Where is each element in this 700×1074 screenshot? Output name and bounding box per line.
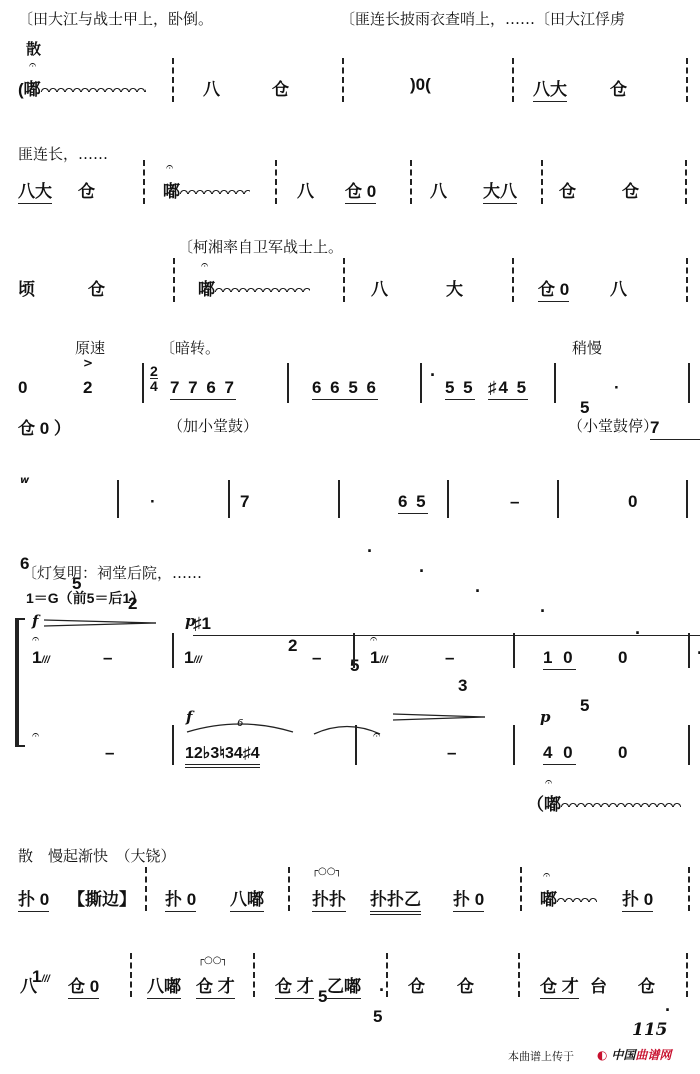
barline xyxy=(686,480,688,518)
site-name: 曲谱网 xyxy=(635,1048,671,1062)
barline xyxy=(142,363,144,403)
note: 仓 0 xyxy=(538,275,569,302)
tremolo-line xyxy=(41,86,146,96)
time-signature: 2 4 xyxy=(150,364,158,393)
barline xyxy=(688,633,690,668)
site-name: 中国 xyxy=(611,1048,635,1062)
note-group: 仓 才 xyxy=(275,972,314,999)
barline xyxy=(541,160,543,204)
note: 八 xyxy=(371,275,388,300)
barline xyxy=(172,725,174,765)
barline xyxy=(173,258,175,302)
barline xyxy=(117,480,119,518)
key-signature: 1＝G（前5＝后1） xyxy=(26,588,144,608)
note-group: 6 6 5 6 xyxy=(312,378,378,400)
barline xyxy=(447,480,449,518)
stage-direction: 〔暗转。 xyxy=(160,337,220,358)
percussion-syllable: 嘟 xyxy=(24,80,41,99)
percussion-syllable: （嘟 xyxy=(527,795,561,814)
note-group: 6 5 xyxy=(398,492,428,514)
tremolo-line xyxy=(215,286,310,296)
note-group: 扑扑乙 xyxy=(370,885,421,915)
barline xyxy=(513,725,515,765)
note-group: 扑 0 xyxy=(453,885,484,912)
time-sig-bottom: 4 xyxy=(150,378,158,393)
tremolo-icon: /// xyxy=(41,974,49,985)
stage-direction: 匪连长，…… xyxy=(18,143,108,164)
note: 八 xyxy=(430,177,447,202)
barline xyxy=(512,258,514,302)
tie-icon xyxy=(312,722,382,736)
page-number: 115 xyxy=(632,1020,668,1040)
fermata-icon: 𝄐 xyxy=(32,632,39,647)
accent-icon: > xyxy=(83,356,93,370)
barline xyxy=(410,160,412,204)
barline xyxy=(342,58,344,102)
note: 仓 xyxy=(457,972,474,997)
note: 7 xyxy=(240,492,249,512)
note: 仓 xyxy=(622,177,639,202)
note: 八大 xyxy=(18,177,52,204)
dot: · xyxy=(614,378,620,398)
dynamic-mark: p xyxy=(540,708,551,726)
note-group: 扑扑 xyxy=(312,885,346,912)
note: 仓 xyxy=(78,177,95,202)
note-group: 12♭3♮34♯4 xyxy=(185,743,260,768)
barline xyxy=(130,953,132,997)
annotation: （小堂鼓停） xyxy=(568,415,658,436)
roll-mark: ┌○○┐ xyxy=(312,866,342,877)
stage-direction: 〔柯湘率自卫军战士上。 xyxy=(178,236,343,257)
decrescendo-icon xyxy=(44,618,159,628)
barline xyxy=(355,725,357,765)
note: 1/// xyxy=(370,648,388,668)
fermata-icon: 𝄐 xyxy=(373,728,380,743)
note: 仓 xyxy=(559,177,576,202)
note: 顷 xyxy=(18,275,35,300)
note-group: 扑 0 xyxy=(165,885,196,912)
measure: 嘟 xyxy=(198,275,310,300)
percussion-line: 仓 0 ） xyxy=(18,414,71,439)
barline xyxy=(253,953,255,997)
dash: – xyxy=(103,648,112,668)
decrescendo-icon xyxy=(393,712,488,722)
dynamic-mark: p xyxy=(185,612,196,630)
measure: （嘟 xyxy=(527,790,681,815)
fermata-icon: 𝄐 xyxy=(543,868,550,883)
measure: (嘟 xyxy=(18,75,146,100)
barline xyxy=(143,160,145,204)
barline xyxy=(386,953,388,997)
note: 大 xyxy=(446,275,463,300)
barline xyxy=(512,58,514,102)
barline xyxy=(686,258,688,302)
barline xyxy=(275,160,277,204)
note: 仓 0 xyxy=(345,177,376,204)
barline xyxy=(172,58,174,102)
note-group: 仓 才 xyxy=(540,972,579,999)
note: 0 xyxy=(618,743,627,763)
stage-direction: 〔灯复明：祠堂后院，…… xyxy=(22,562,202,583)
barline xyxy=(686,953,688,997)
fermata-icon: 𝄐 xyxy=(166,160,173,175)
note-group: 扑 0 xyxy=(622,885,653,912)
barline xyxy=(688,725,690,765)
dash: – xyxy=(105,743,114,763)
note: 5 xyxy=(580,696,700,716)
tuplet-mark: 6 xyxy=(237,718,243,729)
tremolo-icon: /// xyxy=(379,655,387,666)
fermata-icon: 𝄐 xyxy=(370,632,377,647)
note-group: ♯4 5 xyxy=(488,378,528,400)
stage-direction: 〔匪连长披雨衣查哨上，……〔田大江俘虏 xyxy=(340,8,625,29)
roll-mark: ┌○○┐ xyxy=(198,955,228,966)
percussion-syllable: 嘟 xyxy=(540,890,557,909)
barline xyxy=(338,480,340,518)
tremolo-line xyxy=(557,896,597,906)
barline xyxy=(343,258,345,302)
note-group: 扑 0 xyxy=(18,885,49,912)
tempo-mark: 散 慢起渐快 （大铙） xyxy=(18,845,176,866)
fermata-icon: 𝄐 xyxy=(29,58,36,73)
percussion-syllable: 嘟 xyxy=(198,280,215,299)
fermata-icon: 𝄐 xyxy=(545,775,552,790)
rest: )0( xyxy=(410,75,431,95)
dot: · xyxy=(150,492,156,512)
stage-direction: 〔田大江与战士甲上，卧倒。 xyxy=(18,8,213,29)
tremolo-icon: /// xyxy=(193,655,201,666)
fermata-icon: 𝄐 xyxy=(32,728,39,743)
note: 八 xyxy=(20,972,37,997)
site-logo[interactable]: ◐ 中国曲谱网 xyxy=(597,1046,671,1063)
barline xyxy=(287,363,289,403)
note-group: 4 0 xyxy=(543,743,576,765)
dash: – xyxy=(447,743,456,763)
note: ♯1 xyxy=(193,614,700,636)
barline xyxy=(288,867,290,911)
barline xyxy=(518,953,520,997)
barline xyxy=(513,633,515,668)
note: 八 xyxy=(297,177,314,202)
upload-note: 本曲谱上传于 xyxy=(508,1048,574,1064)
barline xyxy=(688,363,690,403)
note-group: 仓 0 xyxy=(68,972,99,999)
note-group: 5 5 xyxy=(445,378,475,400)
barline xyxy=(554,363,556,403)
note: 八 xyxy=(610,275,627,300)
barline xyxy=(420,363,422,403)
barline xyxy=(145,867,147,911)
dash: – xyxy=(510,492,519,512)
tremolo-line xyxy=(180,188,250,198)
note: 2 xyxy=(128,594,700,614)
barline xyxy=(688,867,690,911)
note: 仓 xyxy=(88,275,105,300)
note: 5 xyxy=(350,656,700,676)
note-group: 仓 才 xyxy=(196,972,235,999)
note-group: 1 0 xyxy=(543,648,576,670)
note: 仓 xyxy=(272,75,289,100)
system-bracket xyxy=(15,618,25,747)
note: 八大 xyxy=(533,75,567,102)
tempo-mark: 散 xyxy=(26,38,41,59)
barline xyxy=(172,633,174,668)
note: 0 xyxy=(18,378,27,398)
note: 0 xyxy=(618,648,627,668)
note: 仓 xyxy=(408,972,425,997)
note-group: 乙嘟 xyxy=(327,972,361,999)
note: 八 xyxy=(203,75,220,100)
note-group: 八嘟 xyxy=(147,972,181,999)
note-group: 7 7 6 7 xyxy=(170,378,236,400)
note: 1/// xyxy=(184,648,202,668)
dynamic-mark: f xyxy=(32,612,38,630)
annotation: （加小堂鼓） xyxy=(168,415,258,436)
barline xyxy=(686,58,688,102)
mordent-icon: w xyxy=(20,475,29,486)
barline xyxy=(353,633,355,668)
note-group: 八嘟 xyxy=(230,885,264,912)
dash: – xyxy=(445,648,454,668)
barline xyxy=(520,867,522,911)
barline xyxy=(557,480,559,518)
note: 1/// xyxy=(32,648,50,668)
note: 3 xyxy=(458,676,700,696)
note: 台 xyxy=(590,972,607,997)
fermata-icon: 𝄐 xyxy=(201,258,208,273)
barline xyxy=(228,480,230,518)
note: 【撕边】 xyxy=(68,885,136,910)
dash: – xyxy=(312,648,321,668)
tremolo-icon: /// xyxy=(41,655,49,666)
percussion-syllable: 嘟 xyxy=(163,182,180,201)
tempo-mark: 原速 xyxy=(75,337,105,358)
tremolo-line xyxy=(561,801,681,811)
time-sig-top: 2 xyxy=(150,364,158,378)
note: 大八 xyxy=(483,177,517,204)
note: 仓 xyxy=(638,972,655,997)
tempo-mark: 稍慢 xyxy=(572,337,602,358)
note: 2 xyxy=(288,636,700,656)
note: 0 xyxy=(628,492,637,512)
measure: 嘟 xyxy=(540,885,597,910)
measure: 嘟 xyxy=(163,177,250,202)
note: 仓 xyxy=(610,75,627,100)
barline xyxy=(685,160,687,204)
logo-icon: ◐ xyxy=(597,1048,607,1062)
